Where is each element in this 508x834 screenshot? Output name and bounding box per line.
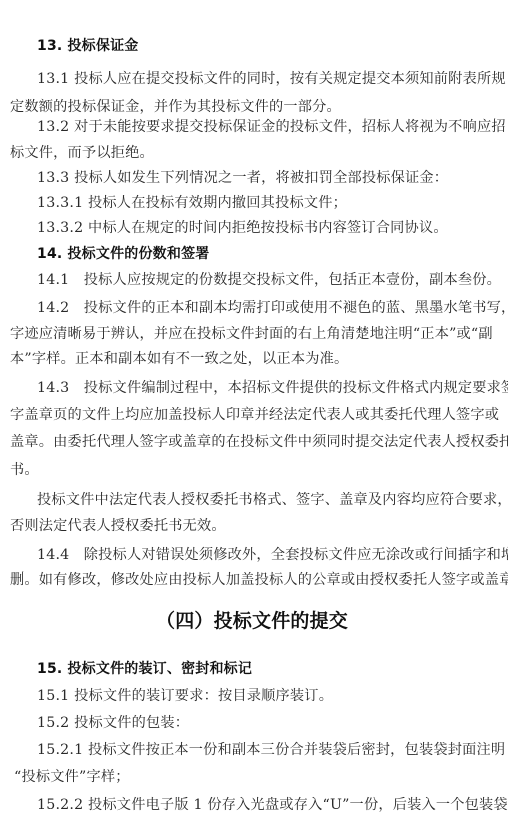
para-13-2: 13.2 对于未能按要求提交投标保证金的投标文件，招标人将视为不响应招 <box>37 117 506 137</box>
para-14-3: 14.3 投标文件编制过程中，本招标文件提供的投标文件格式内规定要求签 <box>37 378 508 398</box>
para-14-2-cont-2: 本”字样。正本和副本如有不一致之处，以正本为准。 <box>10 349 348 369</box>
para-15-2: 15.2 投标文件的包装： <box>37 713 189 733</box>
para-14-1: 14.1 投标人应按规定的份数提交投标文件，包括正本壹份，副本叁份。 <box>37 270 501 290</box>
para-14-4-cont: 删。如有修改，修改处应由投标人加盖投标人的公章或由授权委托人签字或盖章。 <box>10 570 508 590</box>
para-15-1: 15.1 投标文件的装订要求：按目录顺序装订。 <box>37 686 333 706</box>
para-13-1-cont: 定数额的投标保证金，并作为其投标文件的一部分。 <box>10 97 341 117</box>
para-14-2-cont-1: 字迹应清晰易于辨认，并应在投标文件封面的右上角清楚地注明“正本”或“副 <box>10 324 493 344</box>
para-14-3-cont-1: 字盖章页的文件上均应加盖投标人印章并经法定代表人或其委托代理人签字或 <box>10 405 499 425</box>
para-14-3-note-cont: 否则法定代表人授权委托书无效。 <box>10 516 226 536</box>
para-15-2-1-cont: “投标文件”字样； <box>14 767 130 787</box>
para-15-2-1: 15.2.1 投标文件按正本一份和副本三份合并装袋后密封，包装袋封面注明 <box>37 740 505 760</box>
para-14-4: 14.4 除投标人对错误处须修改外，全套投标文件应无涂改或行间插字和增 <box>37 545 508 565</box>
para-15-2-2: 15.2.2 投标文件电子版 1 份存入光盘或存入“U”一份，后装入一个包装袋 <box>37 795 508 815</box>
heading-14-copies-signing: 14. 投标文件的份数和签署 <box>37 244 209 264</box>
para-14-3-cont-3: 书。 <box>10 460 39 480</box>
para-13-2-cont: 标文件，而予以拒绝。 <box>10 143 154 163</box>
para-13-3-2: 13.3.2 中标人在规定的时间内拒绝按投标书内容签订合同协议。 <box>37 218 448 238</box>
para-13-3-1: 13.3.1 投标人在投标有效期内撤回其投标文件； <box>37 193 347 213</box>
para-14-3-note: 投标文件中法定代表人授权委托书格式、签字、盖章及内容均应符合要求， <box>37 490 508 510</box>
para-14-2: 14.2 投标文件的正本和副本均需打印或使用不褪色的蓝、黑墨水笔书写， <box>37 298 508 318</box>
section-title-submission: （四）投标文件的提交 <box>156 608 348 634</box>
para-13-1: 13.1 投标人应在提交投标文件的同时，按有关规定提交本须知前附表所规 <box>37 69 506 89</box>
para-13-3: 13.3 投标人如发生下列情况之一者，将被扣罚全部投标保证金： <box>37 168 448 188</box>
para-14-3-cont-2: 盖章。由委托代理人签字或盖章的在投标文件中须同时提交法定代表人授权委托 <box>10 432 508 452</box>
heading-15-binding-sealing: 15. 投标文件的装订、密封和标记 <box>37 659 252 679</box>
heading-13-bid-bond: 13. 投标保证金 <box>37 36 138 56</box>
